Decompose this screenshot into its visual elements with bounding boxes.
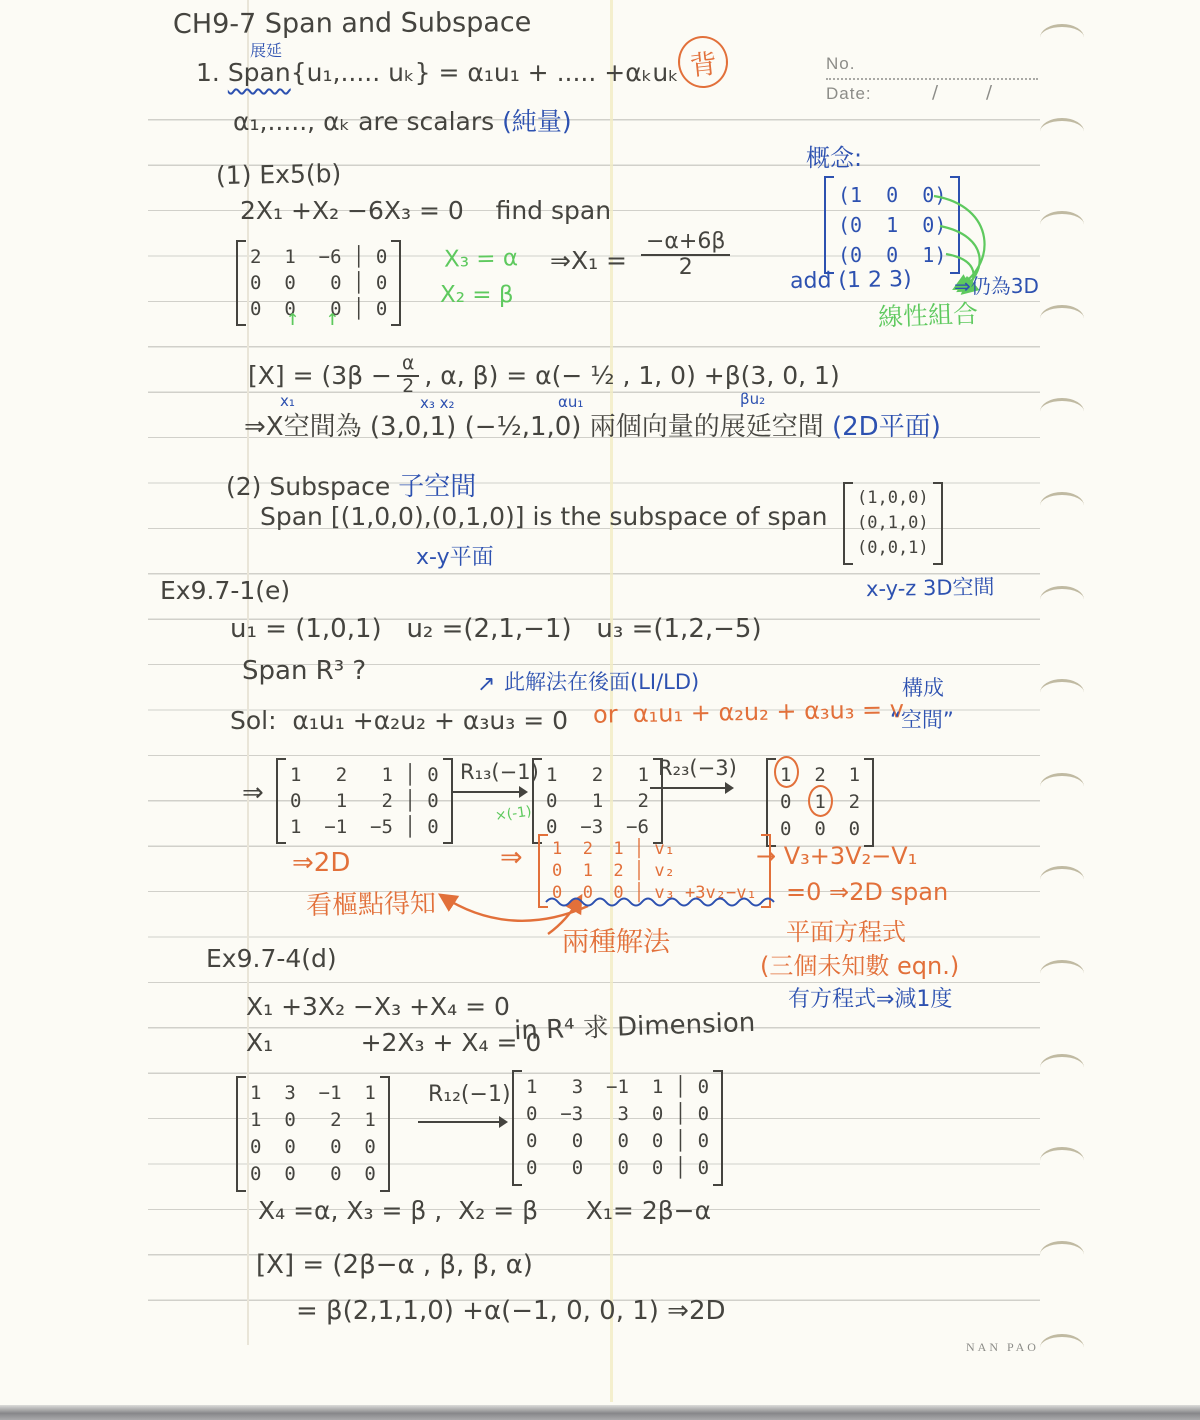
ex974-parameter-solution: X₄ =α, X₃ = β , X₂ = β X₁= 2β−α	[258, 1196, 711, 1225]
ex971-vectors: u₁ = (1,0,1) u₂ =(2,1,−1) u₃ =(1,2,−5)	[230, 614, 762, 644]
matrix-row: 1 2 1 │ v₁	[552, 838, 757, 860]
matrix-row: 0 1 2 │ v₂	[552, 860, 757, 882]
matrix-row: 0 1 2	[546, 788, 649, 814]
result-line-2: =0 ⇒2D span	[786, 878, 948, 906]
subspace-label-zh: 子空間	[398, 472, 476, 502]
date-label: Date:	[826, 84, 872, 104]
brand-mark: NAN PAO	[966, 1340, 1039, 1355]
ex974-equation-1: X₁ +3X₂ −X₃ +X₄ = 0	[246, 992, 510, 1021]
row-op-arrow-icon	[452, 791, 526, 793]
scalars-line: α₁,....., αₖ are scalars (純量)	[233, 102, 572, 138]
subspace-heading: (2) Subspace 子空間	[226, 466, 476, 503]
matrix-row: 1 −1 −5 │ 0	[290, 814, 439, 840]
matrix-row: 1 2 1	[546, 762, 649, 788]
row-op-arrow-icon	[650, 787, 732, 789]
fraction-denominator: 2	[679, 256, 693, 280]
row-op-label: R₁₃(−1)	[460, 760, 539, 784]
compose-note-bottom: “空間”	[890, 704, 954, 734]
matrix-row: (0,0,1)	[857, 536, 929, 561]
fraction-numerator: −α+6β	[641, 230, 730, 256]
big-implies-arrow: ⇒	[242, 778, 264, 808]
two-methods-note: 兩種解法	[562, 920, 670, 959]
matrix-row: 0 0 0 │ 0	[250, 270, 387, 296]
linear-combination-note: 線性組合	[877, 294, 978, 333]
matrix-row: 2 1 −6 │ 0	[250, 244, 387, 270]
ex974-equation-2: X₁ +2X₃ + X₄ = 0	[246, 1028, 541, 1057]
ex974-x-vector: [X] = (2β−α , β, β, α)	[256, 1250, 533, 1280]
matrix-row: 0 −3 3 0 │ 0	[526, 1101, 709, 1128]
blue-wavy-underline-icon	[544, 896, 788, 908]
span-definition: 1. Span {u₁,..... uₖ} = α₁u₁ + ..... +αₖ…	[196, 58, 679, 87]
matrix-row: 1 3 −1 1	[250, 1080, 376, 1107]
row-op-r12: R₁₂(−1)	[418, 1082, 511, 1123]
page-bottom-edge	[0, 1405, 1200, 1420]
matrix-row: 0 0 0 0 │ 0	[526, 1155, 709, 1182]
ex5-x3-assignment: X₃ = α	[444, 245, 518, 272]
x-span-lead: [X] = (3β −	[248, 361, 392, 390]
notebook-page: No. Date: / / NAN PAO CH9-7 Span and Sub…	[0, 0, 1200, 1420]
matrix-row: 0 1 2 │ 0	[290, 788, 439, 814]
page-title: CH9-7 Span and Subspace	[173, 7, 532, 40]
x-span-fraction: α 2	[397, 354, 419, 397]
matrix-row: (1,0,0)	[857, 486, 929, 511]
conclusion-2d-plane: (2D平面)	[832, 412, 941, 442]
ex974-matrix-1: 1 3 −1 1 1 0 2 1 0 0 0 0 0 0 0 0	[236, 1076, 390, 1192]
xy-plane-note: x-y平面	[416, 540, 494, 571]
subspace-matrix: (1,0,0) (0,1,0) (0,0,1)	[843, 482, 943, 565]
ex5-implies-x1: ⇒X₁ =	[550, 246, 627, 275]
date-slash-2: /	[986, 82, 992, 103]
pivot-circle-2	[808, 785, 833, 817]
concept-add-note: add (1 2 3)	[790, 267, 912, 294]
ex971-question: Span R³ ?	[242, 656, 366, 686]
subspace-statement: Span [(1,0,0),(0,1,0)] is the subspace o…	[260, 502, 828, 531]
fraction-numerator: α	[397, 354, 419, 377]
method-note-arrow-icon: ↗	[477, 672, 495, 697]
xyz-space-note: x-y-z 3D空間	[866, 571, 995, 603]
ex5-label: (1) Ex5(b)	[216, 159, 342, 190]
pivot-arrows-green: ↑ ↑	[286, 306, 339, 331]
definition-formula: {u₁,..... uₖ} = α₁u₁ + ..... +αₖuₖ	[291, 58, 679, 87]
pivot-circle-1	[774, 756, 799, 788]
matrix-row: 1 2 1 │ 0	[290, 762, 439, 788]
result-line-5: 有方程式⇒減1度	[788, 982, 952, 1013]
memorize-stamp-text: 背	[688, 41, 719, 83]
result-line-4: (三個未知數 eqn.)	[760, 946, 959, 981]
ex971-solution-alt: or α₁u₁ + α₂u₂ + α₃u₃ = v	[593, 695, 904, 728]
definition-prefix: 1.	[196, 58, 228, 87]
matrix-row: 0 0 0 0	[250, 1161, 376, 1188]
ex971-matrix-1: 1 2 1 │ 0 0 1 2 │ 0 1 −1 −5 │ 0	[276, 758, 453, 844]
ex974-matrix-2: 1 3 −1 1 │ 0 0 −3 3 0 │ 0 0 0 0 0 │ 0 0 …	[512, 1070, 723, 1186]
ex5-equation: 2X₁ +X₂ −6X₃ = 0 find span	[240, 196, 611, 225]
ex5-fraction: −α+6β 2	[641, 230, 730, 280]
conclusion-text: ⇒X空間為 (3,0,1) (−½,1,0) 兩個向量的展延空間	[244, 412, 832, 442]
matrix-row: (0,1,0)	[857, 511, 929, 536]
methods-implies-arrow: ⇒	[500, 842, 523, 873]
result-line-3: 平面方程式	[786, 912, 906, 947]
row-op-arrow-icon	[418, 1121, 506, 1123]
x-span-conclusion: ⇒X空間為 (3,0,1) (−½,1,0) 兩個向量的展延空間 (2D平面)	[244, 406, 941, 443]
ex971-label: Ex9.7-1(e)	[160, 576, 290, 605]
matrix-row: 0 0 0	[780, 816, 860, 843]
row-op-r23: R₂₃(−3)	[650, 756, 737, 789]
subspace-label: (2) Subspace	[226, 472, 398, 501]
ex971-solution: Sol: α₁u₁ +α₂u₂ + α₃u₃ = 0	[230, 706, 568, 735]
row-op-r13: R₁₃(−1)	[452, 760, 539, 793]
scalars-text: α₁,....., αₖ are scalars	[233, 107, 494, 136]
fraction-denominator: 2	[402, 377, 414, 398]
concept-label: 概念:	[806, 138, 862, 173]
span-word: Span	[228, 58, 291, 87]
matrix-row: 1 3 −1 1 │ 0	[526, 1074, 709, 1101]
ex974-label: Ex9.7-4(d)	[206, 944, 337, 973]
row-op-label: R₁₂(−1)	[428, 1082, 511, 1107]
date-slash-1: /	[932, 82, 938, 103]
row-op-label: R₂₃(−3)	[658, 756, 737, 780]
compose-note-top: 構成	[902, 672, 944, 702]
dim-2d-note: ⇒2D	[292, 848, 350, 878]
result-line-1: → V₃+3V₂−V₁	[756, 842, 917, 870]
pivot-observation-note: 看樞點得知	[306, 883, 437, 922]
ex971-matrix-2: 1 2 1 0 1 2 0 −3 −6	[532, 758, 663, 844]
no-dotted-line	[826, 58, 1038, 80]
ex974-final-answer: = β(2,1,1,0) +α(−1, 0, 0, 1) ⇒2D	[296, 1296, 726, 1326]
matrix-row: 0 0 0 0 │ 0	[526, 1128, 709, 1155]
matrix-row: 1 0 2 1	[250, 1107, 376, 1134]
matrix-row: 0 0 0 0	[250, 1134, 376, 1161]
ex5-x2-assignment: X₂ = β	[440, 282, 514, 308]
x-span-rest: , α, β) = α(− ½ , 1, 0) +β(3, 0, 1)	[424, 361, 839, 390]
method-note: 此解法在後面(LI/LD)	[504, 666, 699, 696]
scalars-zh: (純量)	[502, 107, 572, 136]
